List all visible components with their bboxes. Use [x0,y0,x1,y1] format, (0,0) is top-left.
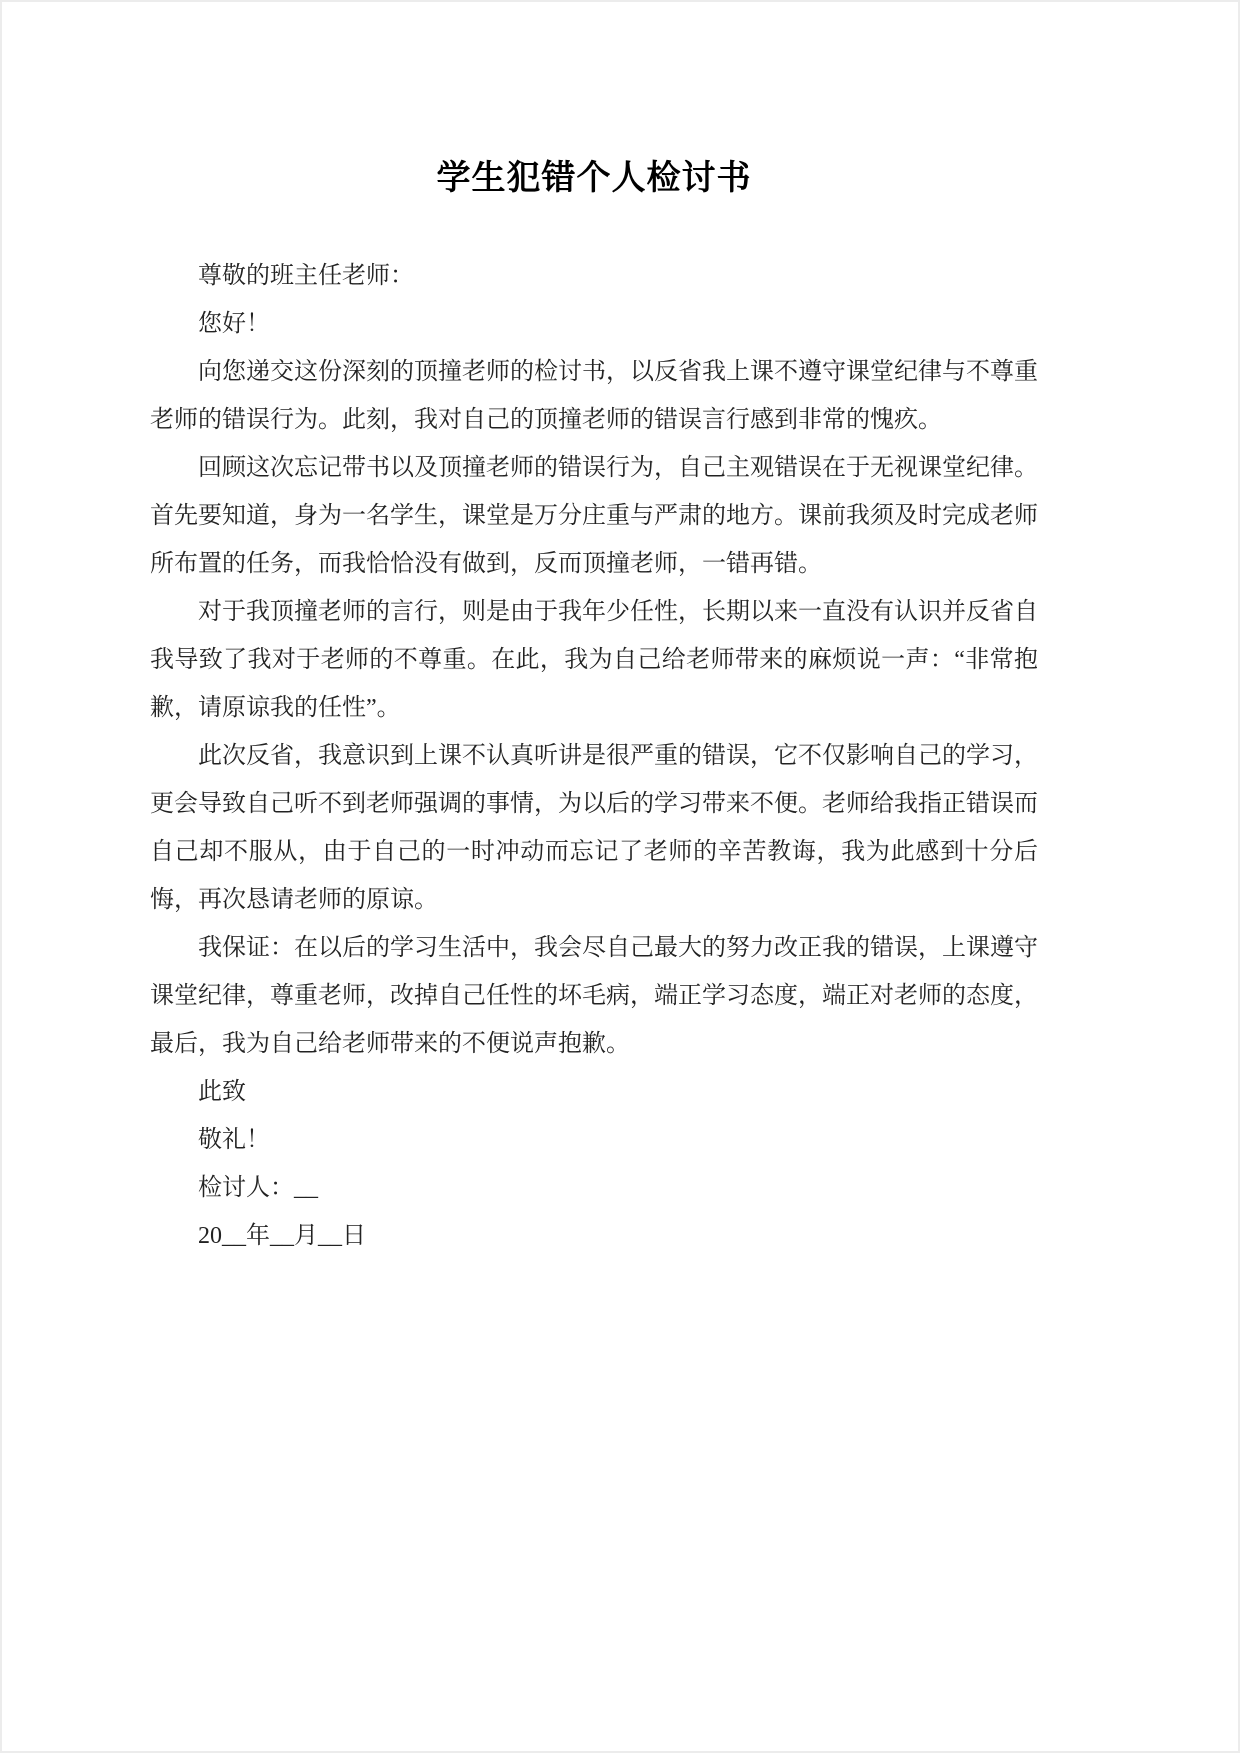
signature-line: 检讨人：__ [150,1164,1038,1212]
closing-respectfully-line: 此致 [150,1068,1038,1116]
closing-salute-line: 敬礼！ [150,1116,1038,1164]
body-paragraph-4: 此次反省，我意识到上课不认真听讲是很严重的错误，它不仅影响自己的学习，更会导致自… [150,732,1038,924]
document-content: 学生犯错个人检讨书 尊敬的班主任老师： 您好！ 向您递交这份深刻的顶撞老师的检讨… [150,150,1038,1260]
page-title: 学生犯错个人检讨书 [150,150,1038,206]
body-paragraph-1: 向您递交这份深刻的顶撞老师的检讨书，以反省我上课不遵守课堂纪律与不尊重老师的错误… [150,348,1038,444]
greeting-line: 您好！ [150,300,1038,348]
body-paragraph-3: 对于我顶撞老师的言行，则是由于我年少任性，长期以来一直没有认识并反省自我导致了我… [150,588,1038,732]
body-paragraph-5: 我保证：在以后的学习生活中，我会尽自己最大的努力改正我的错误，上课遵守课堂纪律，… [150,924,1038,1068]
document-page: 学生犯错个人检讨书 尊敬的班主任老师： 您好！ 向您递交这份深刻的顶撞老师的检讨… [0,0,1240,1753]
date-line: 20__年__月__日 [150,1212,1038,1260]
body-paragraph-2: 回顾这次忘记带书以及顶撞老师的错误行为，自己主观错误在于无视课堂纪律。首先要知道… [150,444,1038,588]
salutation-line: 尊敬的班主任老师： [150,252,1038,300]
